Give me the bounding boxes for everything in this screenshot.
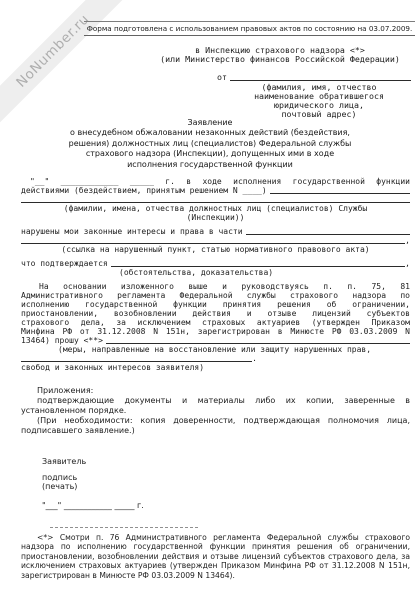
attachments-note: (При необходимости: копия доверенности, …: [21, 416, 410, 436]
from-label: от: [217, 73, 227, 82]
footnote-text: <*> Смотри п. 76 Административного регла…: [21, 533, 410, 580]
violated-rights-line: нарушены мои законные интересы и права в…: [21, 227, 410, 236]
signature-date-blank: "___" ____________ _____ г.: [42, 501, 144, 511]
form-title-line: Заявление: [0, 118, 420, 128]
spacer: [42, 492, 144, 501]
legal-paragraph-line: исполнению государственной функции приня…: [21, 300, 410, 309]
document-page: NoNumber.ru Форма подготовлена с использ…: [0, 0, 420, 600]
actions-text: действиями (бездействием, принятым решен…: [21, 186, 267, 195]
spacer: [149, 64, 411, 73]
signature-section: Заявитель подпись (печать) "___" _______…: [42, 457, 144, 510]
trailing-comma: ,: [405, 236, 410, 245]
watermark: NoNumber.ru: [0, 0, 129, 127]
form-title-line: решения) должностных лиц (специалистов) …: [0, 139, 420, 149]
applicant-label: Заявитель: [42, 457, 144, 467]
form-title-line: о внесудебном обжаловании незаконных дей…: [0, 128, 420, 138]
blank-field-underline: [106, 336, 410, 344]
request-line: 13464) прошу <**>: [21, 336, 410, 345]
request-text: 13464) прошу <**>: [21, 336, 103, 345]
officials-caption: (фамилии, имена, отчества должностных ли…: [21, 204, 410, 213]
blank-field-underline: [270, 186, 410, 194]
attachments-heading: Приложения:: [21, 386, 410, 396]
form-body: "__" ____________ _____ г. в ходе исполн…: [21, 177, 410, 372]
form-title-line: исполнения государственной функции: [0, 160, 420, 170]
blank-field-underline: [111, 259, 405, 267]
attachments-item: подтверждающие документы и материалы либ…: [21, 396, 410, 416]
legal-paragraph-line: приостановлении, возобновлении действия …: [21, 309, 410, 318]
form-title-line: страхового надзора (Инспекции), допущенн…: [0, 149, 420, 159]
attachments-section: Приложения: подтверждающие документы и м…: [21, 386, 410, 436]
legal-paragraph-line: Минфина РФ от 31.12.2008 N 151н, зарегис…: [21, 327, 410, 336]
blank-field-underline: [21, 236, 405, 244]
trailing-period: .: [252, 354, 257, 363]
blank-field-underline: [21, 354, 252, 362]
evidence-caption: (обстоятельства, доказательства): [21, 268, 410, 277]
addressee-block: в Инспекцию страхового надзора <*> (или …: [149, 46, 411, 119]
confirmed-line: что подтверждается ,: [21, 259, 410, 268]
seal-label: (печать): [42, 482, 144, 492]
from-blank-underline: [230, 73, 411, 81]
officials-caption: (Инспекции)): [21, 213, 410, 222]
violated-rights-text: нарушены мои законные интересы и права в…: [21, 227, 243, 236]
confirmed-text: что подтверждается: [21, 259, 108, 268]
footnote-separator: [50, 527, 198, 528]
from-field-hints: (фамилия, имя, отчество наименование обр…: [227, 83, 411, 120]
actions-line: действиями (бездействием, принятым решен…: [21, 186, 410, 195]
form-title: Заявление о внесудебном обжаловании неза…: [0, 118, 420, 170]
header-note: Форма подготовлена с использованием прав…: [84, 21, 415, 36]
blank-field-underline: [246, 227, 410, 235]
sign-label: подпись: [42, 473, 144, 483]
blank-line-with-comma: ,: [21, 236, 410, 245]
trailing-comma: ,: [405, 259, 410, 268]
blank-line-with-period: .: [21, 354, 257, 363]
measures-caption: свобод и законных интересов заявителя): [21, 363, 410, 372]
watermark-text: NoNumber.ru: [13, 11, 92, 90]
measures-caption: (меры, направленные на восстановление ил…: [21, 345, 410, 354]
date-line: "__" ____________ _____ г. в ходе исполн…: [21, 177, 410, 186]
blank-line: [21, 195, 410, 203]
legal-paragraph-line: страхового дела, за исключением страховы…: [21, 318, 410, 327]
addressee-to-line-2: (или Министерство финансов Российской Фе…: [149, 55, 411, 64]
legal-paragraph-line: Административного регламента Федеральной…: [21, 291, 410, 300]
reference-caption: (ссылка на нарушенный пункт, статью норм…: [21, 245, 410, 254]
legal-paragraph-line: На основании изложенного выше и руководс…: [21, 282, 410, 291]
